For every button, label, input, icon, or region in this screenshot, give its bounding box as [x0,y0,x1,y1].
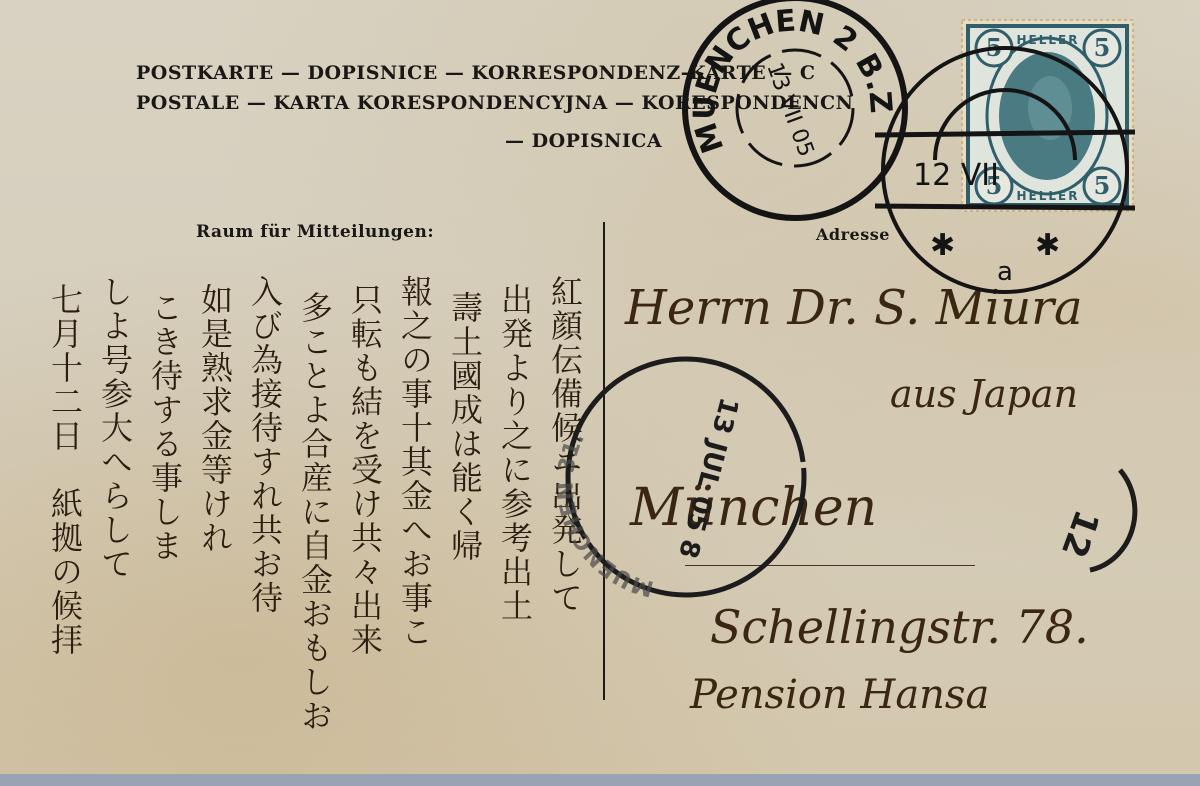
message-column: 入び為接待すれ共お待 [245,275,285,615]
message-column: こき待する事しま [145,291,185,563]
message-column: 出発より之に参考出土 [495,283,535,623]
svg-text:✱: ✱ [930,228,955,263]
message-column: 壽土國成は能く帰 [445,291,485,563]
message-column: 七月十二日 紙拠の候拝 [45,283,85,657]
message-column: 報之の事十其金へお事こ [395,275,435,649]
svg-text:13 JUL 05 8: 13 JUL 05 8 [672,394,744,561]
svg-text:12: 12 [1053,505,1107,563]
svg-text:a: a [997,257,1013,287]
address-pension: Pension Hansa [690,672,989,718]
svg-text:13 VII 05: 13 VII 05 [761,60,818,161]
postcard: POSTKARTE — DOPISNICE — KORRESPONDENZ-KA… [0,0,1200,774]
svg-text:✱: ✱ [1035,228,1060,263]
postmark-wien-icon: 12 VII a ✱ ✱ [875,40,1135,300]
postmark-small-oval-icon: 12 [1020,460,1150,590]
message-column: 如是熟求金等けれ [195,283,235,555]
address-street: Schellingstr. 78. [710,600,1089,654]
header-line-3: — DOPISNICA [505,130,662,152]
message-label: Raum für Mitteilungen: [196,222,434,242]
svg-text:12 VII: 12 VII [913,158,999,193]
message-column: 多ことよ合産に自金おもしお [295,291,335,733]
message-column: しよ号参大へらして [95,275,135,581]
postmark-muenchen-31-icon: MUENCHEN 31. 13 JUL 05 8 [555,352,817,602]
message-column: 只転も結を受け共々出来 [345,283,385,657]
svg-text:MUENCHEN 31.: MUENCHEN 31. [555,428,657,600]
address-origin: aus Japan [890,372,1078,416]
